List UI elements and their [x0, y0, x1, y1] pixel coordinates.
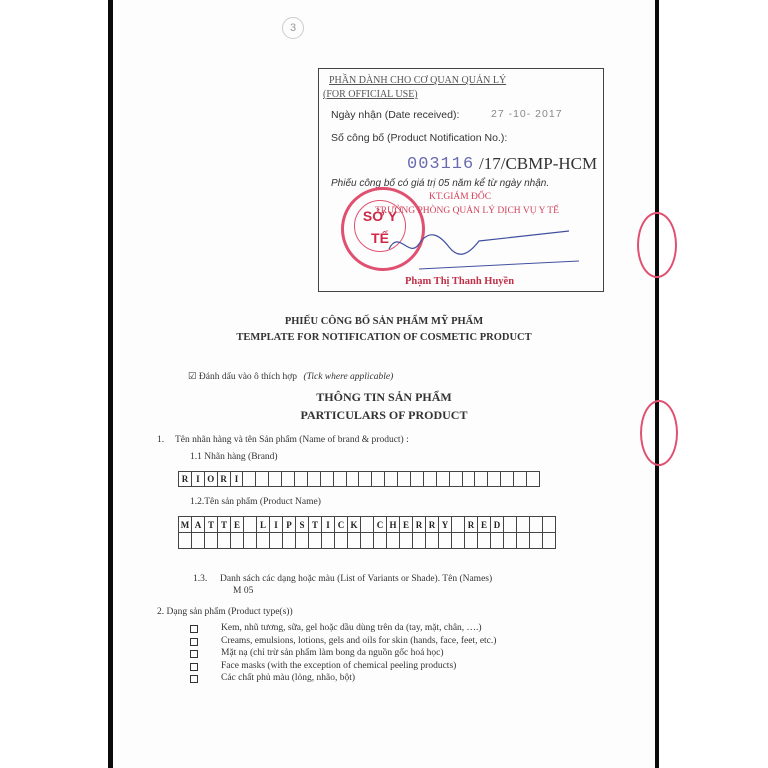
grid-cell[interactable]: [488, 472, 501, 487]
grid-cell[interactable]: [530, 517, 543, 533]
grid-cell[interactable]: I: [192, 472, 205, 487]
grid-cell[interactable]: S: [296, 517, 309, 533]
grid-cell[interactable]: [231, 533, 244, 549]
signer-name: Phạm Thị Thanh Huyền: [405, 276, 514, 287]
grid-cell[interactable]: [244, 517, 257, 533]
form-title-en: TEMPLATE FOR NOTIFICATION OF COSMETIC PR…: [0, 332, 768, 343]
product-name-grid[interactable]: MATTELIPSTICKCHERRYRED: [178, 516, 556, 549]
signer-role-1: KT.GIÁM ĐỐC: [429, 192, 491, 202]
official-heading-vi: PHẦN DÀNH CHO CƠ QUAN QUẢN LÝ: [329, 75, 506, 86]
grid-cell[interactable]: [439, 533, 452, 549]
product-type-option-label: Kem, nhũ tương, sữa, gel hoặc dầu dùng t…: [221, 623, 482, 633]
variants-number: 1.3.: [193, 574, 207, 584]
grid-cell[interactable]: [504, 517, 517, 533]
grid-cell[interactable]: O: [205, 472, 218, 487]
grid-cell[interactable]: D: [491, 517, 504, 533]
grid-cell[interactable]: [295, 472, 308, 487]
grid-cell[interactable]: R: [465, 517, 478, 533]
product-name-row-1[interactable]: MATTELIPSTICKCHERRYRED: [178, 516, 556, 533]
variants-question: 1.3. Danh sách các dạng hoặc màu (List o…: [193, 574, 207, 584]
grid-cell[interactable]: I: [270, 517, 283, 533]
grid-cell[interactable]: [517, 517, 530, 533]
official-heading-en: (FOR OFFICIAL USE): [323, 89, 418, 100]
grid-cell[interactable]: [361, 533, 374, 549]
grid-cell[interactable]: E: [231, 517, 244, 533]
validity-note: Phiếu công bố có giá trị 05 năm kể từ ng…: [331, 178, 549, 189]
grid-cell[interactable]: T: [205, 517, 218, 533]
tick-instruction-vi: Đánh dấu vào ô thích hợp: [199, 372, 297, 382]
product-type-option-label: Face masks (with the exception of chemic…: [221, 661, 456, 671]
product-type-option-label: Các chất phủ màu (lỏng, nhão, bột): [221, 673, 355, 683]
scan-border-right: [655, 0, 659, 768]
grid-cell[interactable]: [543, 517, 556, 533]
grid-cell[interactable]: I: [231, 472, 244, 487]
section-title-vi: THÔNG TIN SẢN PHẨM: [0, 390, 768, 405]
question-2-label: 2. Dạng sản phẩm (Product type(s)): [157, 607, 293, 617]
grid-cell[interactable]: [452, 517, 465, 533]
grid-cell[interactable]: T: [218, 517, 231, 533]
grid-cell[interactable]: [387, 533, 400, 549]
section-title-en: PARTICULARS OF PRODUCT: [0, 408, 768, 423]
tick-instruction-en: (Tick where applicable): [303, 372, 393, 382]
grid-cell[interactable]: A: [192, 517, 205, 533]
tick-instruction: ☑ Đánh dấu vào ô thích hợp (Tick where a…: [188, 371, 393, 382]
product-name-label: 1.2.Tên sản phẩm (Product Name): [190, 497, 321, 507]
grid-cell[interactable]: [243, 472, 256, 487]
grid-cell[interactable]: E: [400, 517, 413, 533]
grid-cell[interactable]: [282, 472, 295, 487]
grid-cell[interactable]: C: [335, 517, 348, 533]
checkbox[interactable]: [190, 650, 198, 658]
grid-cell[interactable]: L: [257, 517, 270, 533]
grid-cell[interactable]: [270, 533, 283, 549]
grid-cell[interactable]: [426, 533, 439, 549]
grid-cell[interactable]: [530, 533, 543, 549]
grid-cell[interactable]: I: [322, 517, 335, 533]
grid-cell[interactable]: [334, 472, 347, 487]
grid-cell[interactable]: [400, 533, 413, 549]
grid-cell[interactable]: H: [387, 517, 400, 533]
grid-cell[interactable]: [374, 533, 387, 549]
grid-cell[interactable]: [218, 533, 231, 549]
grid-cell[interactable]: R: [218, 472, 231, 487]
grid-cell[interactable]: [244, 533, 257, 549]
grid-cell[interactable]: [450, 472, 463, 487]
grid-cell[interactable]: [372, 472, 385, 487]
grid-cell[interactable]: [308, 472, 321, 487]
grid-cell[interactable]: [411, 472, 424, 487]
grid-cell[interactable]: [205, 533, 218, 549]
grid-cell[interactable]: [296, 533, 309, 549]
grid-cell[interactable]: P: [283, 517, 296, 533]
signer-role-2: TRƯỞNG PHÒNG QUẢN LÝ DỊCH VỤ Y TẾ: [375, 206, 559, 216]
grid-cell[interactable]: [527, 472, 540, 487]
grid-cell[interactable]: [348, 533, 361, 549]
grid-cell[interactable]: [465, 533, 478, 549]
brand-grid[interactable]: RIORI: [178, 471, 540, 487]
grid-cell[interactable]: [322, 533, 335, 549]
form-title-vi: PHIẾU CÔNG BỐ SẢN PHẨM MỸ PHẨM: [0, 316, 768, 327]
grid-cell[interactable]: R: [179, 472, 192, 487]
official-use-box: PHẦN DÀNH CHO CƠ QUAN QUẢN LÝ (FOR OFFIC…: [318, 68, 604, 292]
variants-value: M 05: [233, 586, 253, 596]
checked-box-icon: ☑: [188, 372, 197, 382]
grid-cell[interactable]: [491, 533, 504, 549]
grid-cell[interactable]: [385, 472, 398, 487]
grid-cell[interactable]: [437, 472, 450, 487]
grid-cell[interactable]: [543, 533, 556, 549]
product-type-option-label: Mặt nạ (chỉ trừ sản phẩm làm bong da ngu…: [221, 648, 444, 658]
grid-cell[interactable]: [424, 472, 437, 487]
grid-cell[interactable]: [501, 472, 514, 487]
date-received-label: Ngày nhận (Date received):: [331, 109, 459, 121]
grid-cell[interactable]: [504, 533, 517, 549]
question-1: 1. Tên nhãn hàng và tên Sản phẩm (Name o…: [157, 435, 164, 445]
grid-cell[interactable]: T: [309, 517, 322, 533]
grid-cell[interactable]: [361, 517, 374, 533]
grid-cell[interactable]: [309, 533, 322, 549]
checkbox[interactable]: [190, 625, 198, 633]
notification-no-suffix: /17/CBMP-HCM: [479, 154, 597, 174]
checkbox[interactable]: [190, 675, 198, 683]
grid-cell[interactable]: [463, 472, 476, 487]
notification-no-number: 003116: [407, 155, 474, 174]
grid-cell[interactable]: Y: [439, 517, 452, 533]
checkbox[interactable]: [190, 663, 198, 671]
grid-cell[interactable]: [321, 472, 334, 487]
grid-cell[interactable]: [398, 472, 411, 487]
date-received-value: 27 -10- 2017: [491, 108, 563, 120]
question-1-label: Tên nhãn hàng và tên Sản phẩm (Name of b…: [175, 435, 409, 445]
grid-cell[interactable]: R: [426, 517, 439, 533]
grid-cell[interactable]: K: [348, 517, 361, 533]
grid-cell[interactable]: [335, 533, 348, 549]
grid-cell[interactable]: [413, 533, 426, 549]
notification-no-label: Số công bố (Product Notification No.):: [331, 132, 507, 144]
checkbox[interactable]: [190, 638, 198, 646]
grid-cell[interactable]: [256, 472, 269, 487]
grid-cell[interactable]: [517, 533, 530, 549]
grid-cell[interactable]: [478, 533, 491, 549]
signature-icon: [379, 219, 589, 279]
grid-cell[interactable]: [359, 472, 372, 487]
grid-cell[interactable]: C: [374, 517, 387, 533]
grid-cell[interactable]: [179, 533, 192, 549]
grid-cell[interactable]: [192, 533, 205, 549]
grid-cell[interactable]: [257, 533, 270, 549]
grid-cell[interactable]: [475, 472, 488, 487]
grid-cell[interactable]: [269, 472, 282, 487]
page-number: 3: [282, 17, 304, 39]
product-name-row-2[interactable]: [178, 533, 556, 549]
grid-cell[interactable]: R: [413, 517, 426, 533]
question-1-number: 1.: [157, 435, 164, 445]
variants-label: Danh sách các dạng hoặc màu (List of Var…: [220, 574, 492, 584]
grid-cell[interactable]: M: [179, 517, 192, 533]
grid-cell[interactable]: [514, 472, 527, 487]
grid-cell[interactable]: [283, 533, 296, 549]
grid-cell[interactable]: [452, 533, 465, 549]
product-type-option-label: Creams, emulsions, lotions, gels and oil…: [221, 636, 496, 646]
brand-label: 1.1 Nhãn hàng (Brand): [190, 452, 278, 462]
grid-cell[interactable]: [347, 472, 360, 487]
edge-stamp-top: [637, 212, 677, 278]
grid-cell[interactable]: E: [478, 517, 491, 533]
